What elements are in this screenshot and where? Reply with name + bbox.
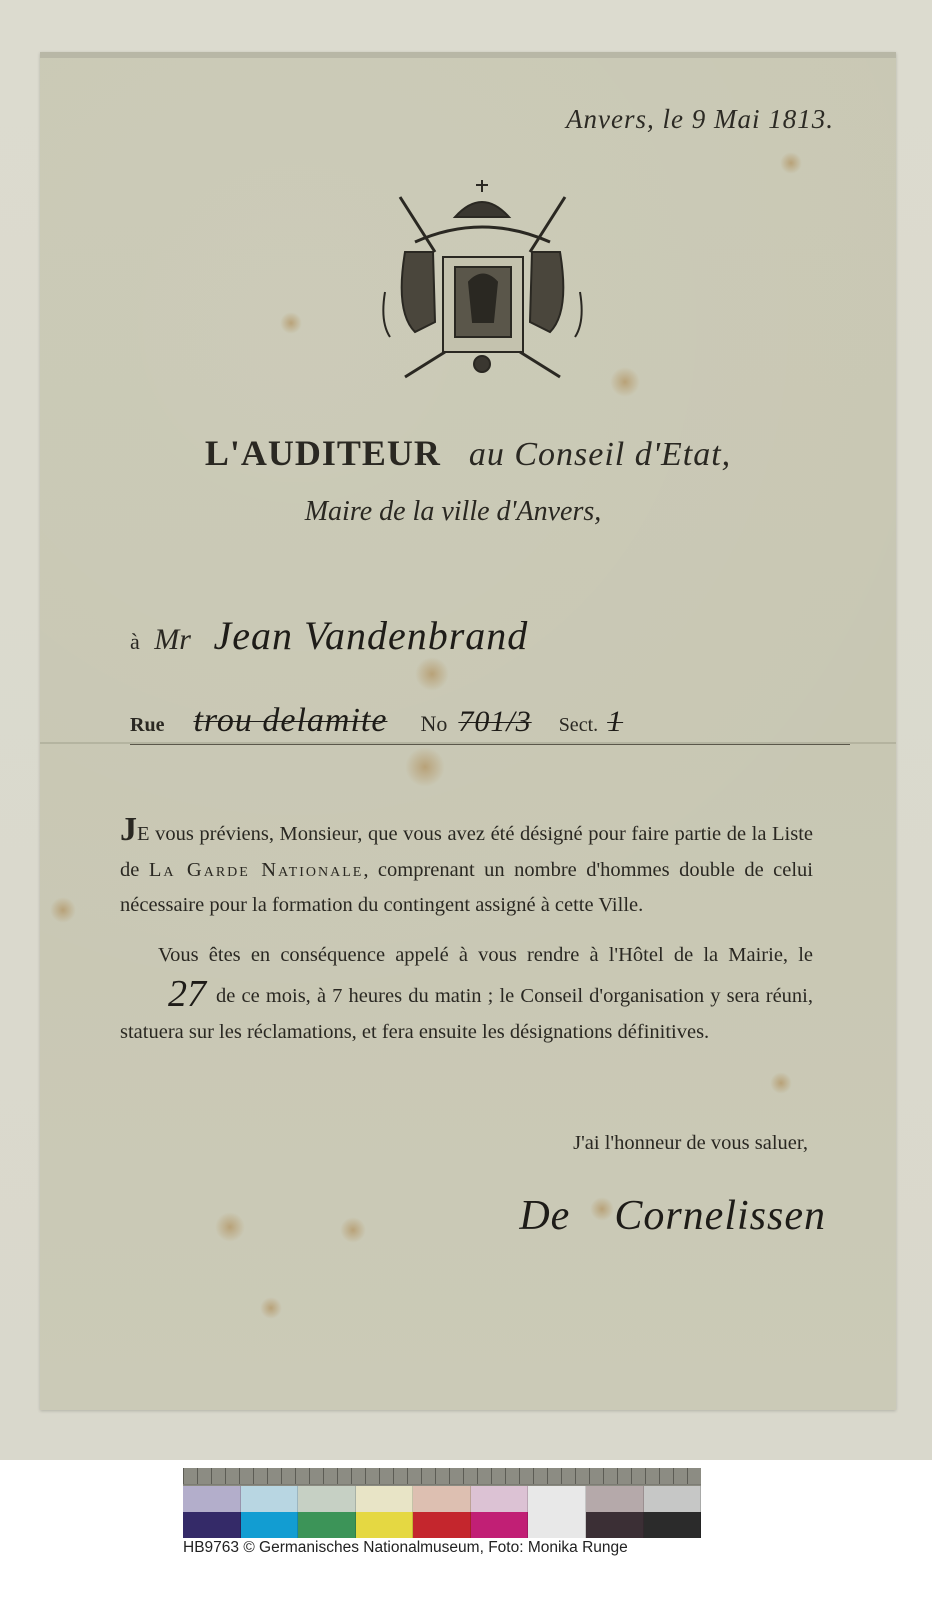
foxing-stain (780, 152, 802, 174)
drop-cap: J (120, 811, 137, 848)
heading-subtitle: Maire de la ville d'Anvers, (10, 496, 896, 528)
recipient-prefix: à (130, 629, 140, 654)
swatch-red-dark (413, 1512, 471, 1538)
foxing-stain (415, 657, 449, 691)
section-number: 1 (607, 705, 623, 738)
street-label: Rue (130, 714, 164, 736)
swatch-black-dark (644, 1512, 702, 1538)
foxing-stain (340, 1217, 366, 1243)
address-line: Rue trou delamite No 701/3 Sect. 1 (130, 702, 850, 745)
recipient-name: Jean Vandenbrand (213, 613, 528, 658)
swatch-cyan-dark (241, 1512, 299, 1538)
recipient-title: Mr (154, 623, 191, 656)
photo-caption: HB9763 © Germanisches Nationalmuseum, Fo… (183, 1539, 701, 1557)
meeting-day: 27 (130, 977, 206, 1013)
document-sheet: Anvers, le 9 Mai 1813. L'AUDITEUR au Con… (40, 52, 896, 1410)
number-label: No (420, 711, 447, 736)
swatch-3-color-light (586, 1486, 644, 1512)
foxing-stain (405, 747, 445, 787)
section-label: Sect. (559, 714, 598, 736)
signature: DeCornelissen (519, 1192, 826, 1240)
signature-first: De (519, 1193, 570, 1239)
swatch-cyan-light (241, 1486, 299, 1512)
dateline: Anvers, le 9 Mai 1813. (566, 104, 834, 135)
paragraph-2: Vous êtes en conséquence appelé à vous r… (120, 938, 813, 1051)
swatch-magenta-dark (471, 1512, 529, 1538)
foxing-stain (770, 1072, 792, 1094)
recipient-line: à Mr Jean Vandenbrand (130, 612, 528, 659)
heading-title: L'AUDITEUR (205, 433, 441, 473)
swatch-row-dark (183, 1512, 701, 1538)
heading: L'AUDITEUR au Conseil d'Etat, Maire de l… (40, 432, 896, 528)
foxing-stain (260, 1297, 282, 1319)
garde-nationale: La Garde Nationale (149, 859, 364, 881)
letter-body: JE vous préviens, Monsieur, que vous ave… (120, 817, 813, 1050)
paragraph-2-end: de ce mois, à 7 heures du matin ; le Con… (120, 985, 813, 1043)
swatch-green-dark (298, 1512, 356, 1538)
swatch-blue-light (183, 1486, 241, 1512)
swatch-yellow-light (356, 1486, 414, 1512)
closing-salutation: J'ai l'honneur de vous saluer, (573, 1132, 808, 1155)
paragraph-2-start: Vous êtes en conséquence appelé à vous r… (158, 944, 813, 966)
heading-council: au Conseil d'Etat, (469, 436, 731, 473)
swatch-3-color-dark (586, 1512, 644, 1538)
swatch-green-light (298, 1486, 356, 1512)
swatch-blue-dark (183, 1512, 241, 1538)
swatch-red-light (413, 1486, 471, 1512)
foxing-stain (280, 312, 302, 334)
house-number: 701/3 (458, 705, 531, 738)
signature-last: Cornelissen (614, 1193, 826, 1239)
swatch-white-light (528, 1486, 586, 1512)
foxing-stain (215, 1212, 245, 1242)
paragraph-1: JE vous préviens, Monsieur, que vous ave… (120, 817, 813, 924)
street-name: trou delamite (193, 702, 387, 739)
swatch-black-light (644, 1486, 702, 1512)
swatch-white-dark (528, 1512, 586, 1538)
swatch-magenta-light (471, 1486, 529, 1512)
swatch-yellow-dark (356, 1512, 414, 1538)
measurement-ruler (183, 1468, 701, 1485)
foxing-stain (50, 897, 76, 923)
imperial-coat-of-arms-icon (375, 172, 590, 387)
foxing-stain (610, 367, 640, 397)
swatch-row-light (183, 1486, 701, 1512)
